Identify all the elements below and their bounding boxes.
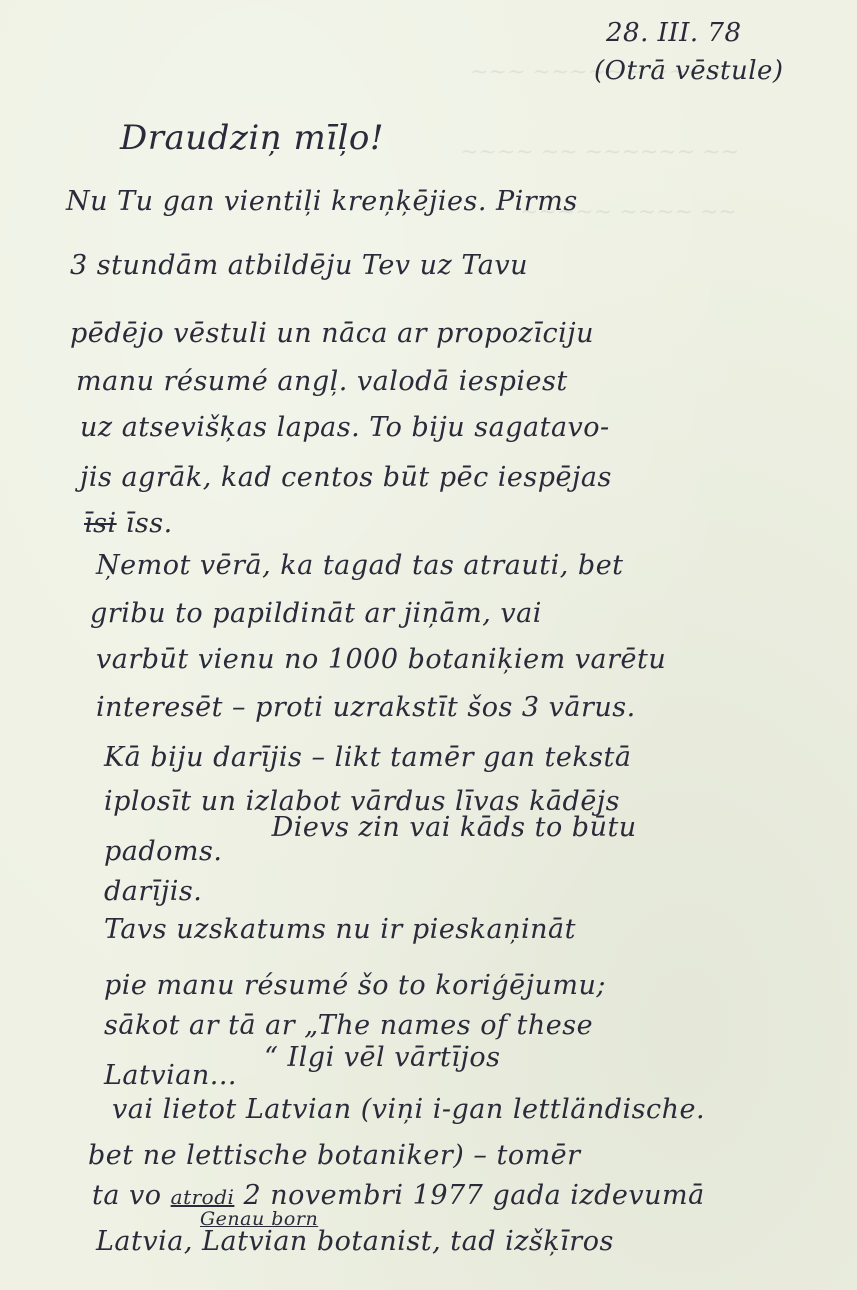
letter-word: Latvian botanist, tad izšķīros (202, 1226, 614, 1257)
letter-paper: ~~~ ~~~~~~ ~~~~ ~~~~ ~~ ~~~~~~ ~~ ~~~~~ … (0, 0, 857, 1290)
letter-line: interesēt – proti uzrakstīt šos 3 vārus. (96, 692, 636, 723)
letter-line: sākot ar tā ar „The names of these (104, 1010, 593, 1041)
letter-word: ta vo (92, 1180, 162, 1211)
letter-line: Latvian... “ Ilgi vēl vārtījos (104, 1060, 500, 1091)
letter-word: 2 novembri 1977 gada izdevumā (244, 1180, 705, 1211)
letter-line: vai lietot Latvian (viņi i-gan lettländi… (112, 1094, 705, 1125)
salutation: Draudziņ mīļo! (120, 118, 384, 158)
letter-line: Nu Tu gan vientiļi kreņķējies. Pirms (66, 186, 578, 217)
letter-line: pie manu résumé šo to koriģējumu; (104, 970, 606, 1001)
letter-line: jis agrāk, kad centos būt pēc iespējas (80, 462, 612, 493)
letter-line: gribu to papildināt ar jiņām, vai (90, 598, 542, 629)
letter-line: darījis. (104, 876, 202, 907)
letter-line: varbūt vienu no 1000 botaniķiem varētu (96, 644, 666, 675)
letter-line: ta vo atrodi 2 novembri 1977 gada izdevu… (92, 1180, 705, 1211)
letter-line: bet ne lettische botaniker) – tomēr (88, 1140, 581, 1171)
letter-word: Latvia, (96, 1226, 193, 1257)
letter-date: 28. III. 78 (606, 18, 742, 48)
letter-line: uz atsevišķas lapas. To biju sagatavo- (80, 412, 610, 443)
struck-word: atrodi (171, 1185, 235, 1209)
letter-place-note: (Otrā vēstule) (594, 56, 784, 86)
letter-line: manu résumé angļ. valodā iespiest (76, 366, 568, 397)
bleed-through-text: ~~~~ ~~ ~~~~~~ ~~ (460, 140, 739, 165)
letter-line: 3 stundām atbildēju Tev uz Tavu (70, 250, 528, 281)
letter-line: īsi īss. (84, 508, 173, 539)
letter-line: Ņemot vērā, ka tagad tas atrauti, bet (96, 550, 624, 581)
letter-line: Tavs uzskatums nu ir pieskaņināt (104, 914, 576, 945)
letter-line: padoms. Dievs zin vai kāds to būtu (104, 836, 637, 867)
letter-word: Latvian... (104, 1060, 237, 1091)
letter-word: padoms. (104, 836, 222, 867)
letter-line: Kā biju darījis – likt tamēr gan tekstā (104, 742, 632, 773)
struck-word: īsi (84, 508, 117, 539)
letter-line: Latvia, Latvian botanist, tad izšķīros (96, 1226, 614, 1257)
letter-word: Dievs zin vai kāds to būtu (272, 812, 637, 843)
letter-word: “ Ilgi vēl vārtījos (264, 1042, 500, 1073)
letter-line: pēdējo vēstuli un nāca ar propozīciju (70, 318, 594, 349)
letter-word: īss. (126, 508, 173, 539)
